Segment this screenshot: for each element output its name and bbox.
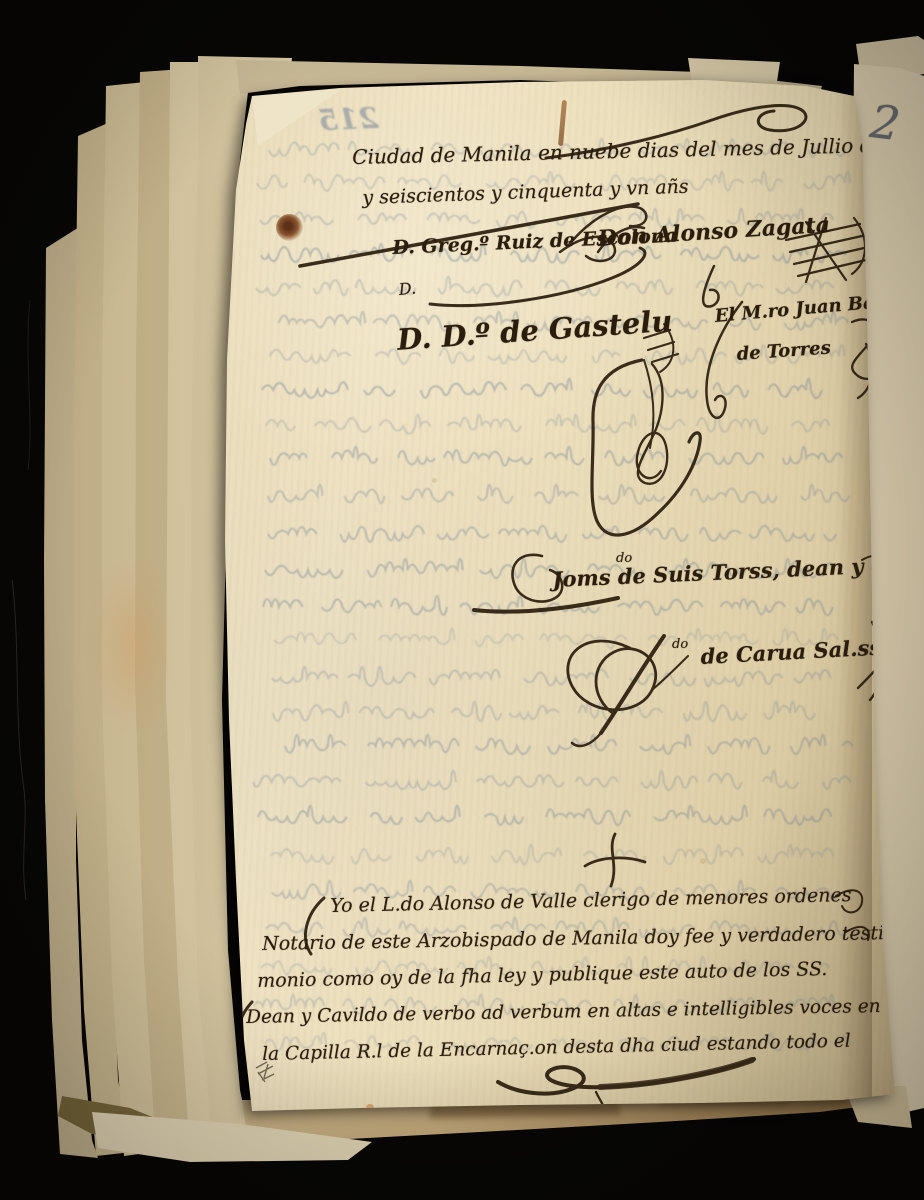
pen-trial-scribble (256, 1062, 274, 1082)
manuscript-page-shadow: 215 (0, 0, 924, 1200)
manuscript-photo-scene: 215 (0, 0, 924, 1200)
signature-carvajal-superscript: do (672, 637, 688, 652)
manuscript-page: 215 (0, 0, 924, 1200)
secretarial-mark: D. (398, 278, 417, 298)
